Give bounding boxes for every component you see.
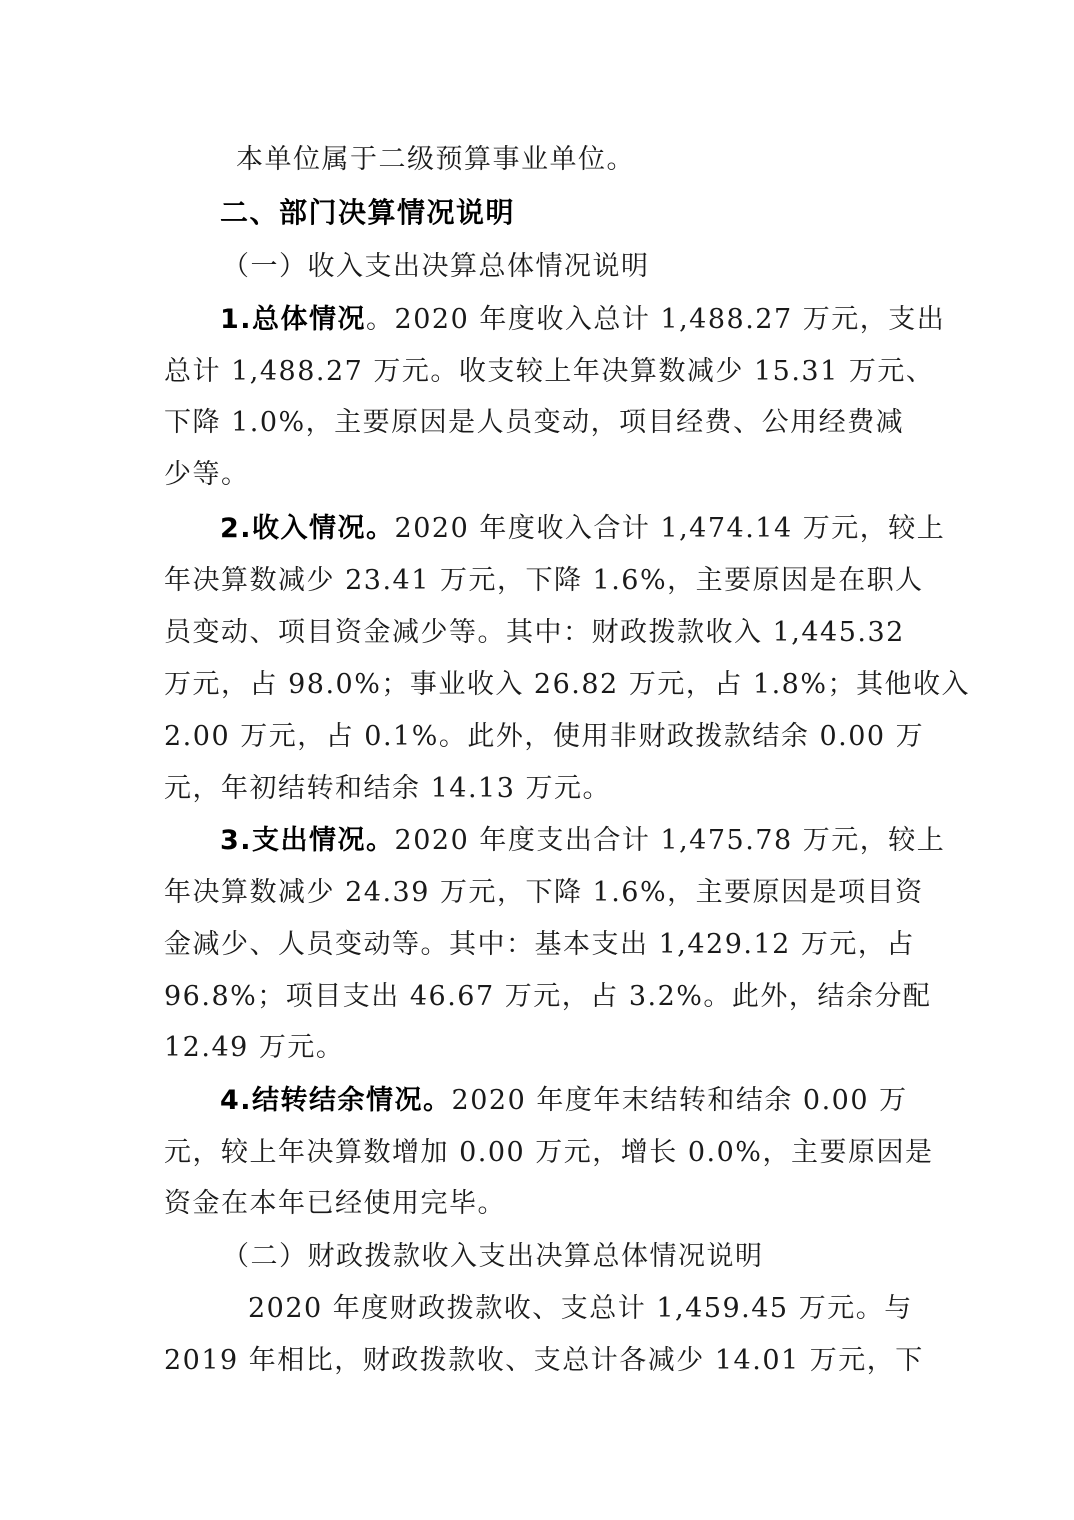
paragraph-income: 2.收入情况。2020 年度收入合计 1,474.14 万元，较上	[220, 512, 945, 546]
item-label-carryover: 4.结转结余情况。	[220, 1085, 452, 1116]
paragraph-line: 96.8%；项目支出 46.67 万元，占 3.2%。此外，结余分配	[164, 980, 931, 1014]
item-label-income: 2.收入情况。	[220, 513, 395, 544]
paragraph-line: 年决算数减少 24.39 万元，下降 1.6%，主要原因是项目资	[164, 876, 924, 910]
paragraph-line: 12.49 万元。	[164, 1031, 344, 1065]
section-heading: 二、部门决算情况说明	[220, 196, 515, 230]
paragraph-line: 2.00 万元，占 0.1%。此外，使用非财政拨款结余 0.00 万	[164, 720, 924, 754]
document-page: 本单位属于二级预算事业单位。 二、部门决算情况说明 （一）收入支出决算总体情况说…	[0, 0, 1074, 1520]
paragraph-overall: 1.总体情况。2020 年度收入总计 1,488.27 万元，支出	[220, 303, 945, 337]
intro-line: 本单位属于二级预算事业单位。	[236, 143, 635, 177]
paragraph-line: 元，年初结转和结余 14.13 万元。	[164, 772, 611, 806]
item-label-overall: 1.总体情况	[220, 304, 366, 335]
paragraph-line: 金减少、人员变动等。其中：基本支出 1,429.12 万元，占	[164, 928, 915, 962]
paragraph-carryover: 4.结转结余情况。2020 年度年末结转和结余 0.00 万	[220, 1084, 908, 1118]
paragraph-line: 年决算数减少 23.41 万元，下降 1.6%，主要原因是在职人	[164, 564, 924, 598]
item-label-expenditure: 3.支出情况。	[220, 825, 395, 856]
paragraph-line: 2020 年度财政拨款收、支总计 1,459.45 万元。与	[248, 1292, 913, 1326]
paragraph-line: 元，较上年决算数增加 0.00 万元，增长 0.0%，主要原因是	[164, 1136, 933, 1170]
paragraph-line: 2019 年相比，财政拨款收、支总计各减少 14.01 万元，下	[164, 1344, 924, 1378]
paragraph-line: 员变动、项目资金减少等。其中：财政拨款收入 1,445.32	[164, 616, 905, 650]
paragraph-line: 下降 1.0%，主要原因是人员变动，项目经费、公用经费减	[164, 406, 904, 440]
paragraph-line: 少等。	[164, 458, 250, 492]
subsection-title-1: （一）收入支出决算总体情况说明	[222, 250, 650, 284]
paragraph-expenditure: 3.支出情况。2020 年度支出合计 1,475.78 万元，较上	[220, 824, 945, 858]
paragraph-line: 万元，占 98.0%；事业收入 26.82 万元，占 1.8%；其他收入	[164, 668, 970, 702]
paragraph-line: 资金在本年已经使用完毕。	[164, 1187, 506, 1221]
paragraph-line: 总计 1,488.27 万元。收支较上年决算数减少 15.31 万元、	[164, 355, 934, 389]
subsection-title-2: （二）财政拨款收入支出决算总体情况说明	[222, 1240, 764, 1274]
